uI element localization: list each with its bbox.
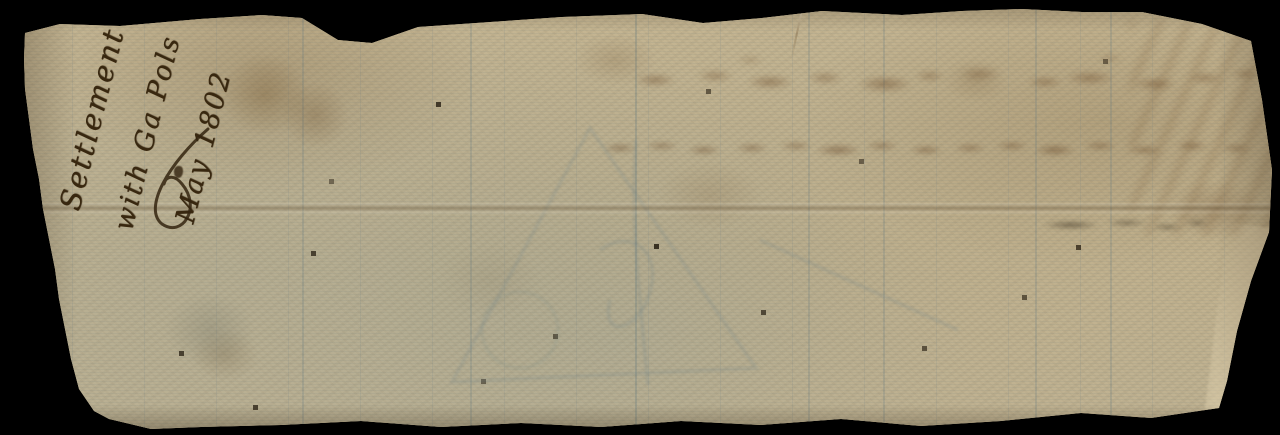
foxing-specks [0,0,3,3]
document-paper: Settlement with Ga Pols May 1802 [0,0,1280,435]
edge-shadow [0,0,1280,435]
scan-background: Settlement with Ga Pols May 1802 [0,0,1280,435]
